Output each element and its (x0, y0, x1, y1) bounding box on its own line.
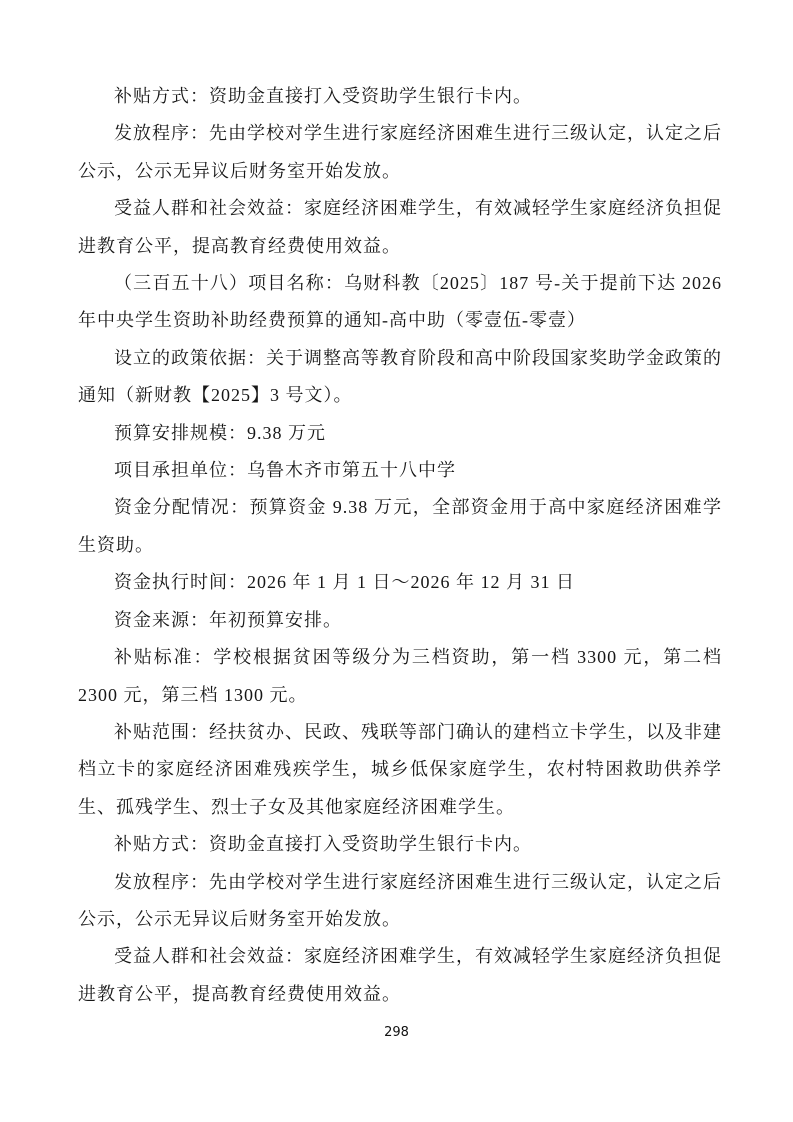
page-footer: 298 (0, 1023, 793, 1041)
body-paragraph: 发放程序：先由学校对学生进行家庭经济困难生进行三级认定，认定之后公示，公示无异议… (78, 864, 722, 939)
body-paragraph: 资金执行时间：2026 年 1 月 1 日～2026 年 12 月 31 日 (78, 564, 722, 601)
body-paragraph: 受益人群和社会效益：家庭经济困难学生，有效减轻学生家庭经济负担促进教育公平，提高… (78, 938, 722, 1013)
body-paragraph: 预算安排规模：9.38 万元 (78, 415, 722, 452)
body-paragraph: 项目承担单位：乌鲁木齐市第五十八中学 (78, 452, 722, 489)
document-page: 补贴方式：资助金直接打入受资助学生银行卡内。 发放程序：先由学校对学生进行家庭经… (0, 0, 793, 1122)
body-paragraph: 补贴范围：经扶贫办、民政、残联等部门确认的建档立卡学生，以及非建档立卡的家庭经济… (78, 714, 722, 826)
page-number: 298 (384, 1025, 409, 1040)
body-paragraph: 补贴方式：资助金直接打入受资助学生银行卡内。 (78, 826, 722, 863)
document-body: 补贴方式：资助金直接打入受资助学生银行卡内。 发放程序：先由学校对学生进行家庭经… (78, 78, 722, 1013)
body-paragraph: 资金分配情况：预算资金 9.38 万元，全部资金用于高中家庭经济困难学生资助。 (78, 489, 722, 564)
body-paragraph: 资金来源：年初预算安排。 (78, 602, 722, 639)
body-paragraph: 补贴方式：资助金直接打入受资助学生银行卡内。 (78, 78, 722, 115)
body-paragraph: 设立的政策依据：关于调整高等教育阶段和高中阶段国家奖助学金政策的通知（新财教【2… (78, 340, 722, 415)
body-paragraph: （三百五十八）项目名称：乌财科教〔2025〕187 号-关于提前下达 2026 … (78, 265, 722, 340)
body-paragraph: 发放程序：先由学校对学生进行家庭经济困难生进行三级认定，认定之后公示，公示无异议… (78, 115, 722, 190)
body-paragraph: 补贴标准：学校根据贫困等级分为三档资助，第一档 3300 元，第二档 2300 … (78, 639, 722, 714)
body-paragraph: 受益人群和社会效益：家庭经济困难学生，有效减轻学生家庭经济负担促进教育公平，提高… (78, 190, 722, 265)
